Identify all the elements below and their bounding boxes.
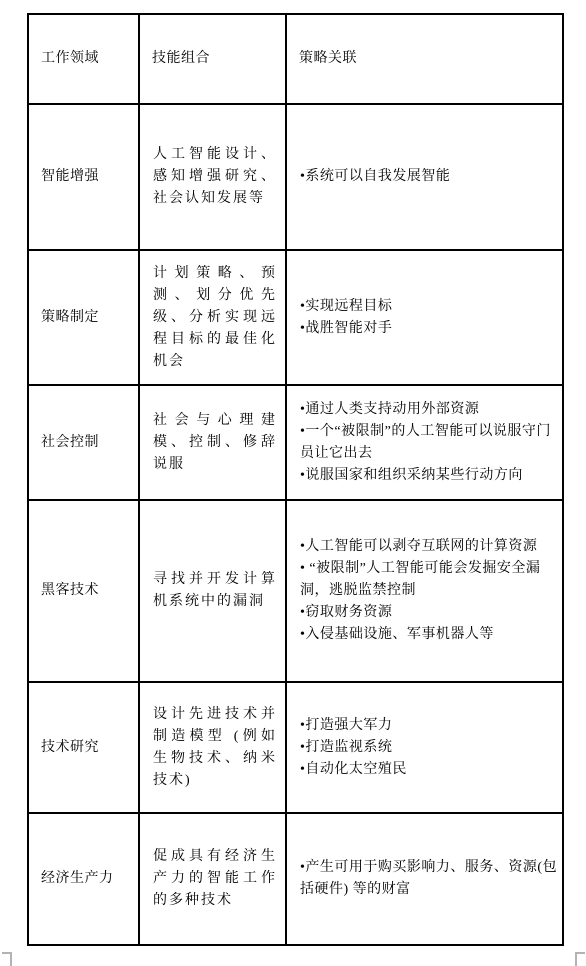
ai-work-areas-table: 工作领域 技能组合 策略关联 智能增强 人工智能设计、感知增强研究、社会认知发展… <box>27 13 564 946</box>
header-skill-set: 技能组合 <box>139 14 286 104</box>
row-strategizing: 策略制定 计划策略、预测、划分优先级、分析实现远程目标的最佳化机会 •实现远程目… <box>28 250 563 385</box>
page-boundary-mark-bottom-left <box>2 952 12 966</box>
table-header-row: 工作领域 技能组合 策略关联 <box>28 14 563 104</box>
header-strategy-relation: 策略关联 <box>286 14 563 104</box>
cell-skills: 设计先进技术并制造模型 (例如生物技术、纳米技术) <box>139 682 286 813</box>
cell-skills: 人工智能设计、感知增强研究、社会认知发展等 <box>139 104 286 250</box>
row-technology-research: 技术研究 设计先进技术并制造模型 (例如生物技术、纳米技术) •打造强大军力 •… <box>28 682 563 813</box>
cell-area: 技术研究 <box>28 682 139 813</box>
strategy-item: •实现远程目标 <box>300 296 558 318</box>
cell-strategies: •系统可以自我发展智能 <box>286 104 563 250</box>
cell-skills: 社会与心理建模、控制、修辞说服 <box>139 385 286 500</box>
strategy-item: •打造监视系统 <box>300 737 558 759</box>
cell-skills: 寻找并开发计算机系统中的漏洞 <box>139 500 286 682</box>
strategy-item: •战胜智能对手 <box>300 318 558 340</box>
cell-strategies: •通过人类支持动用外部资源 •一个“被限制”的人工智能可以说服守门员让它出去 •… <box>286 385 563 500</box>
header-work-area: 工作领域 <box>28 14 139 104</box>
page-boundary-mark-bottom-right <box>575 952 585 966</box>
row-intelligence-amplification: 智能增强 人工智能设计、感知增强研究、社会认知发展等 •系统可以自我发展智能 <box>28 104 563 250</box>
strategy-item: •系统可以自我发展智能 <box>300 166 558 188</box>
cell-strategies: •打造强大军力 •打造监视系统 •自动化太空殖民 <box>286 682 563 813</box>
cell-skills: 计划策略、预测、划分优先级、分析实现远程目标的最佳化机会 <box>139 250 286 385</box>
strategy-item: •入侵基础设施、军事机器人等 <box>300 624 558 646</box>
strategy-item: • “被限制”人工智能可能会发掘安全漏洞，逃脱监禁控制 <box>300 558 558 602</box>
row-economic-productivity: 经济生产力 促成具有经济生产力的智能工作的多种技术 •产生可用于购买影响力、服务… <box>28 813 563 945</box>
strategy-item: •自动化太空殖民 <box>300 759 558 781</box>
cell-area: 策略制定 <box>28 250 139 385</box>
document-page: 工作领域 技能组合 策略关联 智能增强 人工智能设计、感知增强研究、社会认知发展… <box>0 0 586 966</box>
strategy-item: •窃取财务资源 <box>300 602 558 624</box>
cell-strategies: •实现远程目标 •战胜智能对手 <box>286 250 563 385</box>
cell-area: 黑客技术 <box>28 500 139 682</box>
cell-area: 经济生产力 <box>28 813 139 945</box>
strategy-item: •通过人类支持动用外部资源 <box>300 399 558 421</box>
row-hacking: 黑客技术 寻找并开发计算机系统中的漏洞 •人工智能可以剥夺互联网的计算资源 • … <box>28 500 563 682</box>
strategy-item: •产生可用于购买影响力、服务、资源(包括硬件) 等的财富 <box>300 857 558 901</box>
strategy-item: •人工智能可以剥夺互联网的计算资源 <box>300 536 558 558</box>
cell-area: 智能增强 <box>28 104 139 250</box>
strategy-item: •说服国家和组织采纳某些行动方向 <box>300 465 558 487</box>
cell-strategies: •人工智能可以剥夺互联网的计算资源 • “被限制”人工智能可能会发掘安全漏洞，逃… <box>286 500 563 682</box>
cell-strategies: •产生可用于购买影响力、服务、资源(包括硬件) 等的财富 <box>286 813 563 945</box>
strategy-item: •打造强大军力 <box>300 715 558 737</box>
cell-area: 社会控制 <box>28 385 139 500</box>
strategy-item: •一个“被限制”的人工智能可以说服守门员让它出去 <box>300 421 558 465</box>
cell-skills: 促成具有经济生产力的智能工作的多种技术 <box>139 813 286 945</box>
row-social-control: 社会控制 社会与心理建模、控制、修辞说服 •通过人类支持动用外部资源 •一个“被… <box>28 385 563 500</box>
